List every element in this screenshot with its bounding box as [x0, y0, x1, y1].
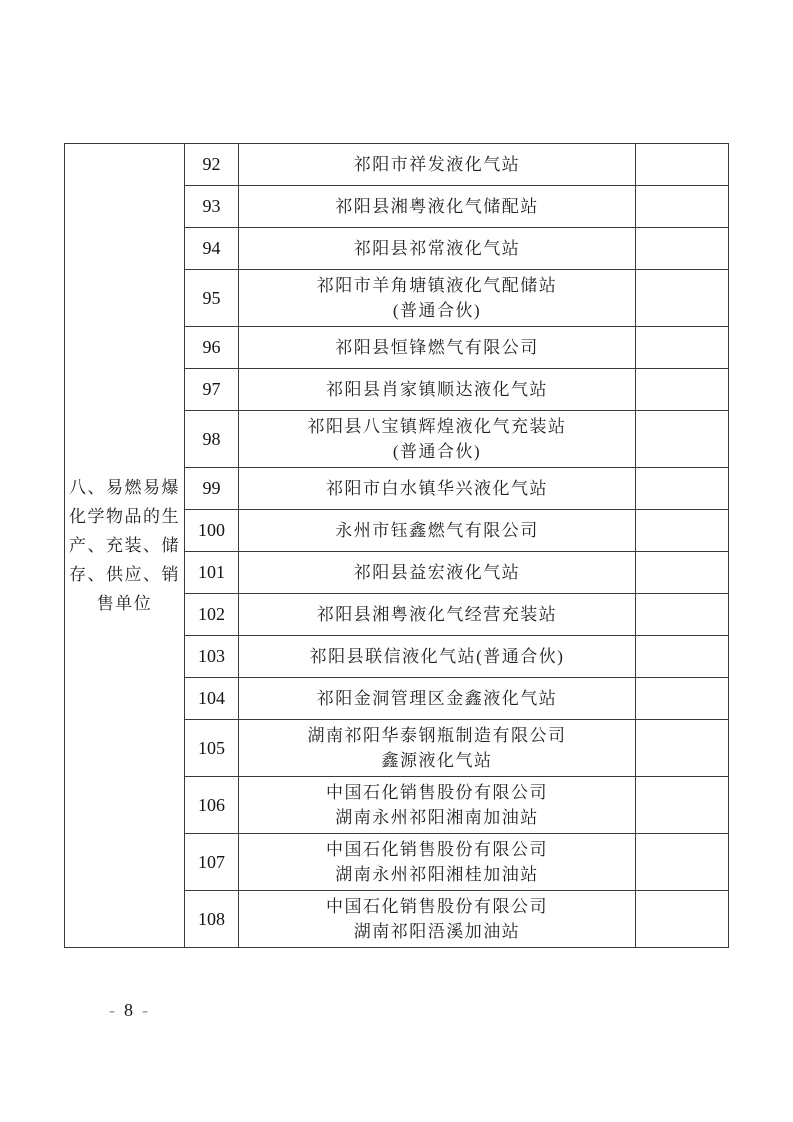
row-number: 106 — [185, 777, 239, 834]
unit-name: 中国石化销售股份有限公司 湖南永州祁阳湘桂加油站 — [239, 834, 636, 891]
row-number: 103 — [185, 636, 239, 678]
row-number: 94 — [185, 228, 239, 270]
unit-name: 祁阳市白水镇华兴液化气站 — [239, 468, 636, 510]
remark-cell — [636, 720, 729, 777]
remark-cell — [636, 369, 729, 411]
document-page: 八、易燃易爆 化学物品的生 产、充装、储 存、供应、销 售单位 92 祁阳市祥发… — [0, 0, 793, 1122]
row-number: 105 — [185, 720, 239, 777]
unit-name: 祁阳市祥发液化气站 — [239, 144, 636, 186]
row-number: 95 — [185, 270, 239, 327]
table-row: 八、易燃易爆 化学物品的生 产、充装、储 存、供应、销 售单位 92 祁阳市祥发… — [65, 144, 729, 186]
remark-cell — [636, 411, 729, 468]
row-number: 99 — [185, 468, 239, 510]
remark-cell — [636, 891, 729, 948]
remark-cell — [636, 228, 729, 270]
unit-name: 祁阳县益宏液化气站 — [239, 552, 636, 594]
remark-cell — [636, 777, 729, 834]
unit-name: 祁阳县八宝镇辉煌液化气充装站 (普通合伙) — [239, 411, 636, 468]
row-number: 100 — [185, 510, 239, 552]
remark-cell — [636, 678, 729, 720]
row-number: 102 — [185, 594, 239, 636]
unit-name: 祁阳县肖家镇顺达液化气站 — [239, 369, 636, 411]
remark-cell — [636, 144, 729, 186]
unit-name: 祁阳金洞管理区金鑫液化气站 — [239, 678, 636, 720]
remark-cell — [636, 270, 729, 327]
remark-cell — [636, 834, 729, 891]
row-number: 108 — [185, 891, 239, 948]
unit-name: 中国石化销售股份有限公司 湖南永州祁阳湘南加油站 — [239, 777, 636, 834]
unit-name: 祁阳县湘粤液化气储配站 — [239, 186, 636, 228]
row-number: 104 — [185, 678, 239, 720]
row-number: 107 — [185, 834, 239, 891]
unit-name: 祁阳县湘粤液化气经营充装站 — [239, 594, 636, 636]
row-number: 98 — [185, 411, 239, 468]
unit-name: 祁阳县祁常液化气站 — [239, 228, 636, 270]
unit-name: 湖南祁阳华泰钢瓶制造有限公司 鑫源液化气站 — [239, 720, 636, 777]
unit-name: 祁阳县恒锋燃气有限公司 — [239, 327, 636, 369]
remark-cell — [636, 636, 729, 678]
row-number: 92 — [185, 144, 239, 186]
page-number-dash-right: - — [133, 1000, 157, 1020]
row-number: 101 — [185, 552, 239, 594]
remark-cell — [636, 186, 729, 228]
unit-name: 永州市钰鑫燃气有限公司 — [239, 510, 636, 552]
unit-name: 祁阳市羊角塘镇液化气配储站 (普通合伙) — [239, 270, 636, 327]
hazmat-units-table: 八、易燃易爆 化学物品的生 产、充装、储 存、供应、销 售单位 92 祁阳市祥发… — [64, 143, 729, 948]
row-number: 97 — [185, 369, 239, 411]
unit-name: 中国石化销售股份有限公司 湖南祁阳浯溪加油站 — [239, 891, 636, 948]
row-number: 93 — [185, 186, 239, 228]
row-number: 96 — [185, 327, 239, 369]
unit-name: 祁阳县联信液化气站(普通合伙) — [239, 636, 636, 678]
remark-cell — [636, 594, 729, 636]
remark-cell — [636, 468, 729, 510]
remark-cell — [636, 510, 729, 552]
page-number-dash-left: - — [100, 1000, 124, 1020]
category-cell: 八、易燃易爆 化学物品的生 产、充装、储 存、供应、销 售单位 — [65, 144, 185, 948]
page-number: -8- — [100, 999, 157, 1021]
remark-cell — [636, 552, 729, 594]
remark-cell — [636, 327, 729, 369]
